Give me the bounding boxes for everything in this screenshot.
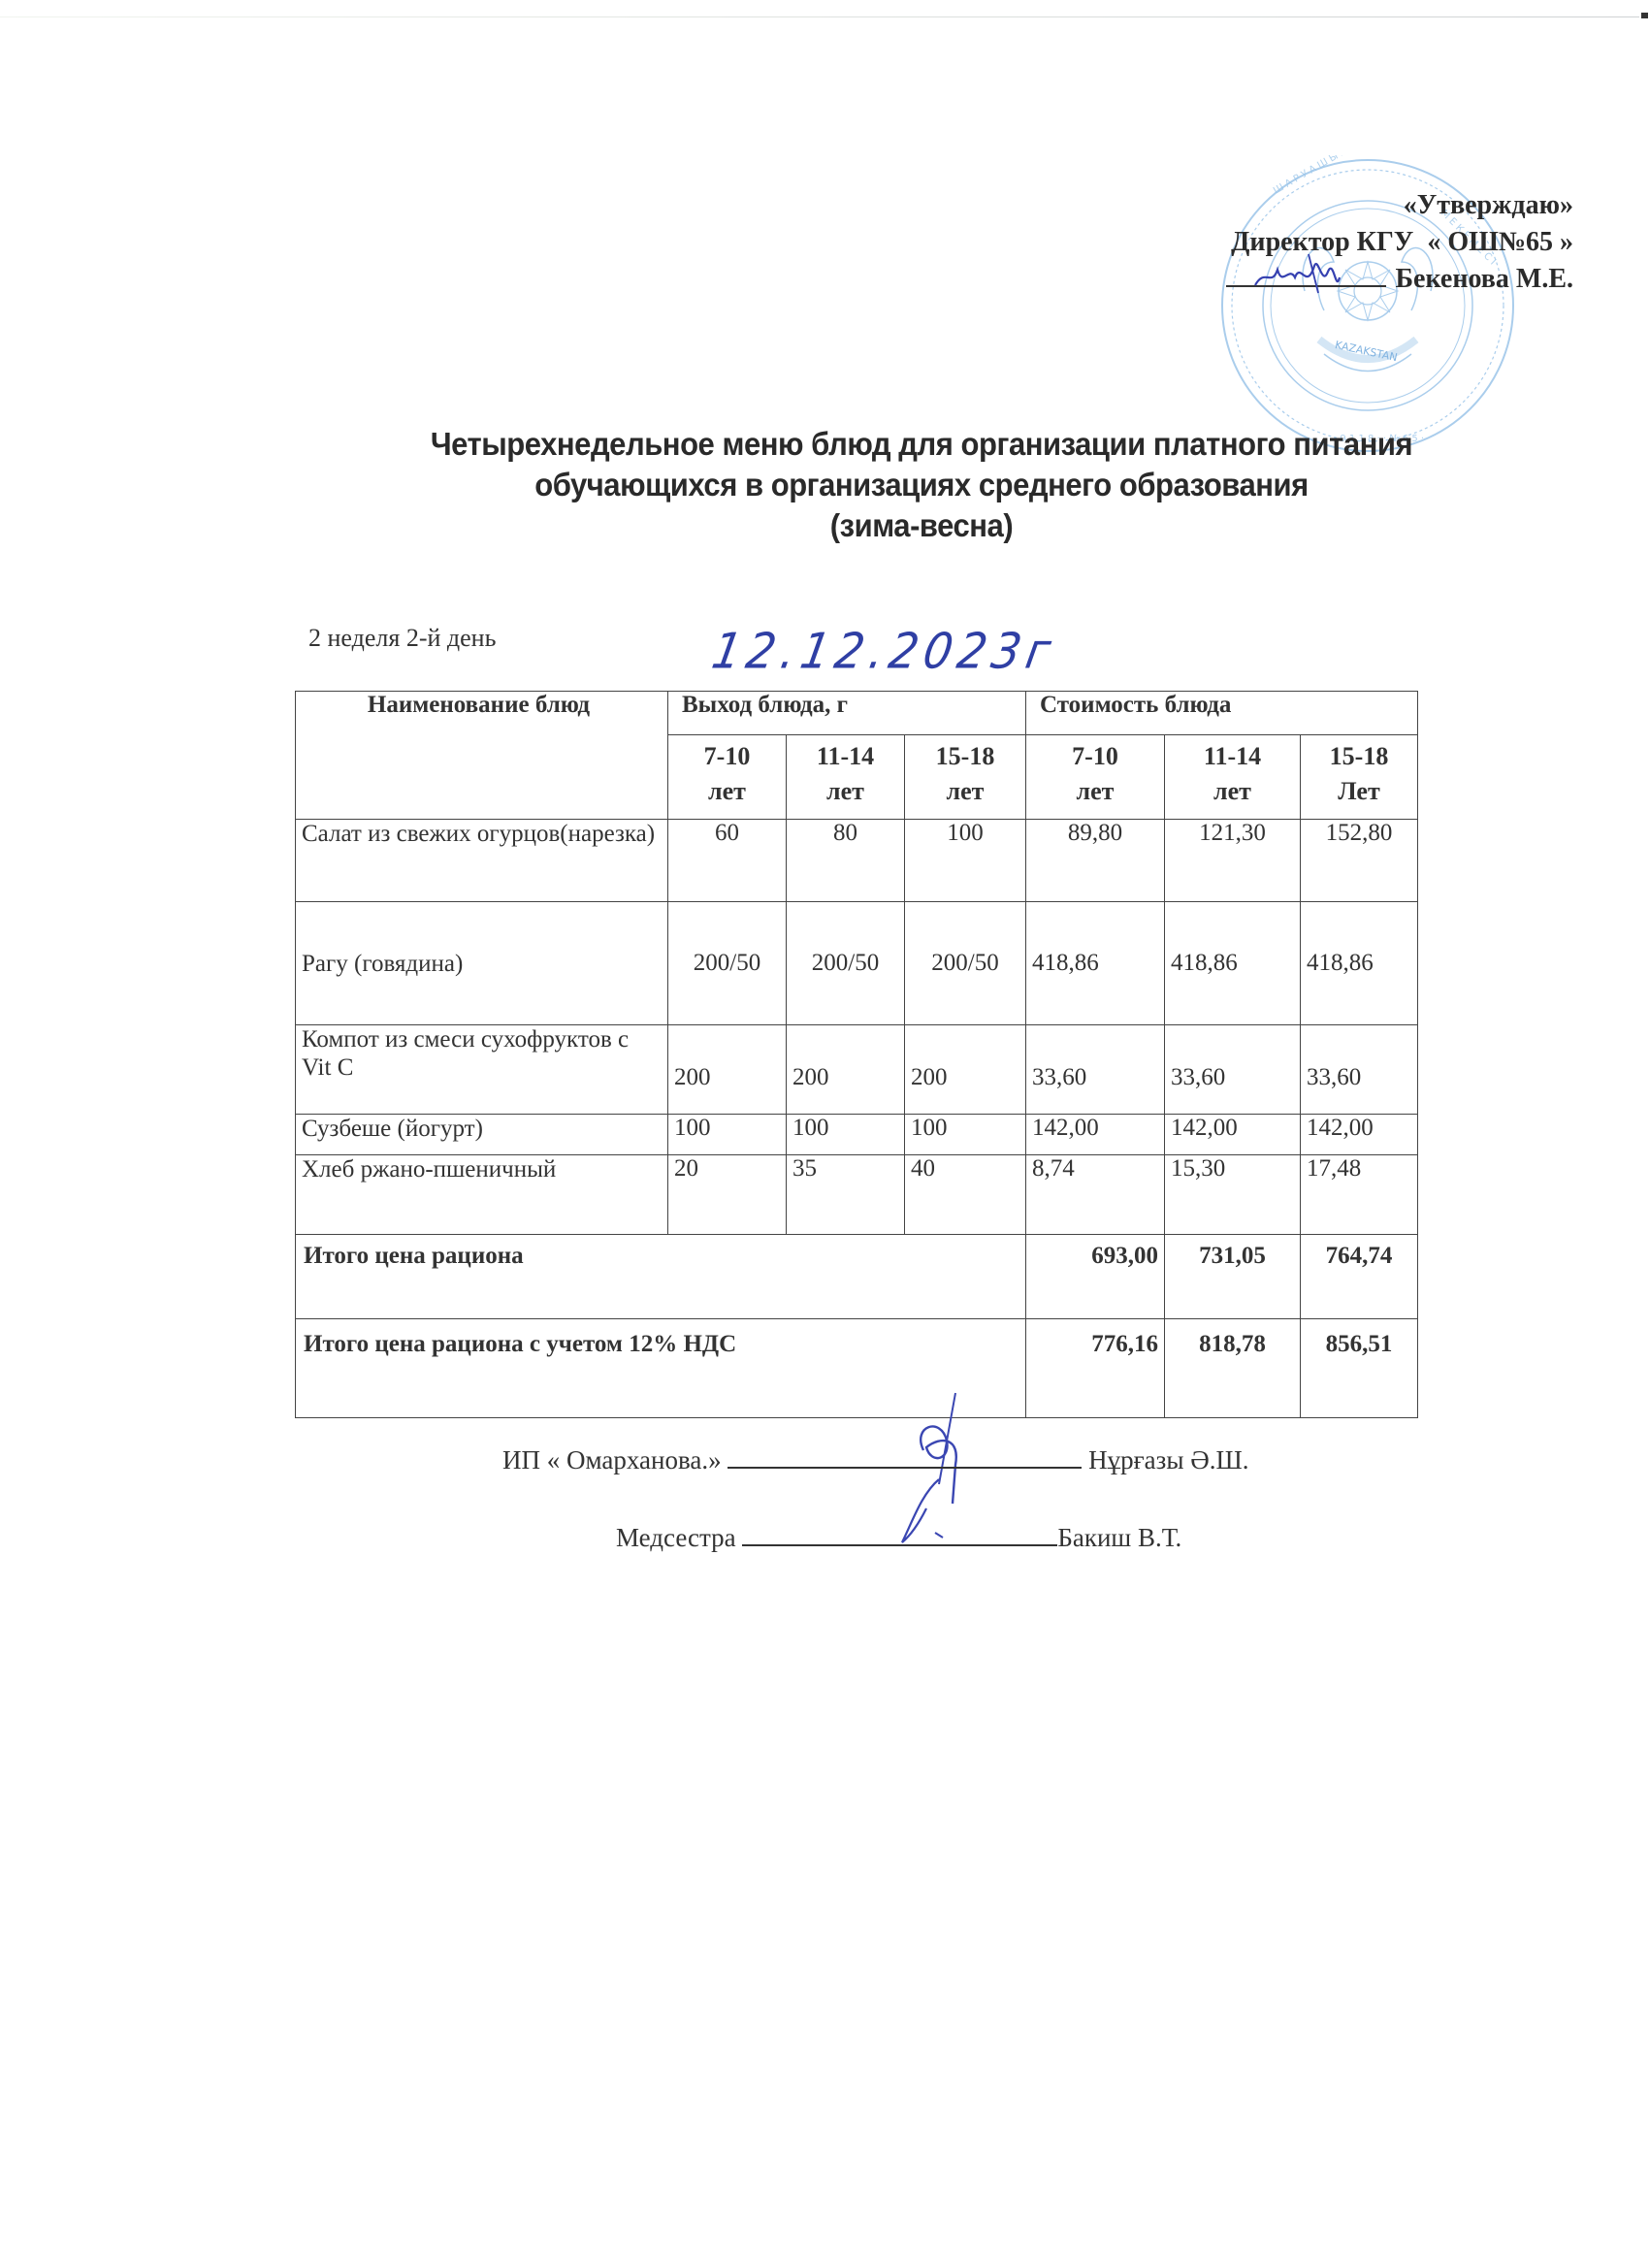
table-row: Хлеб ржано-пшеничный 20 35 40 8,74 15,30… xyxy=(296,1155,1418,1235)
cost-value: 15,30 xyxy=(1165,1155,1301,1235)
header-yield-age: 11-14лет xyxy=(787,735,905,820)
signature-name: Бакиш В.Т. xyxy=(1057,1523,1181,1552)
approval-signer-line: Бекенова М.Е. xyxy=(1226,261,1573,298)
total-value: 731,05 xyxy=(1165,1235,1301,1319)
dish-name: Компот из смеси сухофруктов с Vit C xyxy=(296,1025,668,1115)
total-label: Итого цена рациона xyxy=(296,1235,1026,1319)
yield-value: 20 xyxy=(668,1155,787,1235)
header-cost-age: 11-14лет xyxy=(1165,735,1301,820)
header-yield-age: 7-10лет xyxy=(668,735,787,820)
total-vat-value: 856,51 xyxy=(1301,1319,1418,1418)
yield-value: 35 xyxy=(787,1155,905,1235)
header-cost-age: 7-10лет xyxy=(1026,735,1165,820)
header-cost-group: Стоимость блюда xyxy=(1026,692,1418,735)
dish-name: Хлеб ржано-пшеничный xyxy=(296,1155,668,1235)
yield-value: 200/50 xyxy=(905,902,1026,1025)
signature-blank xyxy=(727,1447,1082,1469)
cost-value: 33,60 xyxy=(1026,1025,1165,1115)
table-row: Компот из смеси сухофруктов с Vit C 200 … xyxy=(296,1025,1418,1115)
yield-value: 80 xyxy=(787,820,905,902)
table-row: Рагу (говядина) 200/50 200/50 200/50 418… xyxy=(296,902,1418,1025)
total-value: 764,74 xyxy=(1301,1235,1418,1319)
title-line-3: (зима-весна) xyxy=(329,505,1514,546)
header-yield-group: Выход блюда, г xyxy=(668,692,1026,735)
signature-name: Нұрғазы Ә.Ш. xyxy=(1088,1445,1248,1474)
director-signature-field xyxy=(1226,264,1386,287)
yield-value: 100 xyxy=(905,1115,1026,1155)
cost-value: 142,00 xyxy=(1026,1115,1165,1155)
cost-value: 152,80 xyxy=(1301,820,1418,902)
table-header-row: Наименование блюд Выход блюда, г Стоимос… xyxy=(296,692,1418,735)
approval-signer-name: Бекенова М.Е. xyxy=(1396,264,1573,294)
cost-value: 33,60 xyxy=(1165,1025,1301,1115)
yield-value: 100 xyxy=(668,1115,787,1155)
director-signature-icon xyxy=(1250,248,1357,297)
header-cost-age: 15-18Лет xyxy=(1301,735,1418,820)
total-vat-value: 818,78 xyxy=(1165,1319,1301,1418)
signature-role: Медсестра xyxy=(616,1523,736,1552)
signature-blank xyxy=(742,1525,1057,1546)
cost-value: 89,80 xyxy=(1026,820,1165,902)
yield-value: 200/50 xyxy=(787,902,905,1025)
week-day-label: 2 неделя 2-й день xyxy=(308,624,496,653)
cost-value: 418,86 xyxy=(1301,902,1418,1025)
handwritten-date: 12.12.2023г xyxy=(708,622,1061,679)
yield-value: 100 xyxy=(905,820,1026,902)
dish-name: Салат из свежих огурцов(нарезка) xyxy=(296,820,668,902)
stamp-text: KAZAKSTAN xyxy=(1334,339,1399,364)
signature-row: Медсестра Бакиш В.Т. xyxy=(616,1523,1181,1553)
title-line-1: Четырехнедельное меню блюд для организац… xyxy=(329,424,1514,465)
yield-value: 200/50 xyxy=(668,902,787,1025)
total-value: 693,00 xyxy=(1026,1235,1165,1319)
header-dish-name: Наименование блюд xyxy=(296,692,668,820)
cost-value: 142,00 xyxy=(1165,1115,1301,1155)
yield-value: 200 xyxy=(787,1025,905,1115)
title-line-2: обучающихся в организациях среднего обра… xyxy=(329,465,1514,505)
cost-value: 17,48 xyxy=(1301,1155,1418,1235)
total-vat-value: 776,16 xyxy=(1026,1319,1165,1418)
yield-value: 100 xyxy=(787,1115,905,1155)
yield-value: 200 xyxy=(668,1025,787,1115)
dish-name: Сузбеше (йогурт) xyxy=(296,1115,668,1155)
yield-value: 40 xyxy=(905,1155,1026,1235)
yield-value: 60 xyxy=(668,820,787,902)
approval-heading: «Утверждаю» xyxy=(1226,187,1573,224)
header-yield-age: 15-18лет xyxy=(905,735,1026,820)
cost-value: 121,30 xyxy=(1165,820,1301,902)
cost-value: 418,86 xyxy=(1026,902,1165,1025)
cost-value: 33,60 xyxy=(1301,1025,1418,1115)
signature-role: ИП « Омарханова.» xyxy=(502,1445,722,1474)
cost-value: 418,86 xyxy=(1165,902,1301,1025)
yield-value: 200 xyxy=(905,1025,1026,1115)
scan-top-edge xyxy=(0,16,1639,17)
cost-value: 8,74 xyxy=(1026,1155,1165,1235)
scan-corner-mark xyxy=(1641,13,1648,18)
cost-value: 142,00 xyxy=(1301,1115,1418,1155)
approval-block: «Утверждаю» Директор КГУ « ОШ№65 » Бекен… xyxy=(1226,187,1573,298)
table-row: Салат из свежих огурцов(нарезка) 60 80 1… xyxy=(296,820,1418,902)
signature-row: ИП « Омарханова.» Нұрғазы Ә.Ш. xyxy=(502,1445,1248,1475)
document-title: Четырехнедельное меню блюд для организац… xyxy=(329,424,1514,546)
table-row: Сузбеше (йогурт) 100 100 100 142,00 142,… xyxy=(296,1115,1418,1155)
total-row: Итого цена рациона 693,00 731,05 764,74 xyxy=(296,1235,1418,1319)
dish-name: Рагу (говядина) xyxy=(296,902,668,1025)
menu-table: Наименование блюд Выход блюда, г Стоимос… xyxy=(295,691,1418,1418)
